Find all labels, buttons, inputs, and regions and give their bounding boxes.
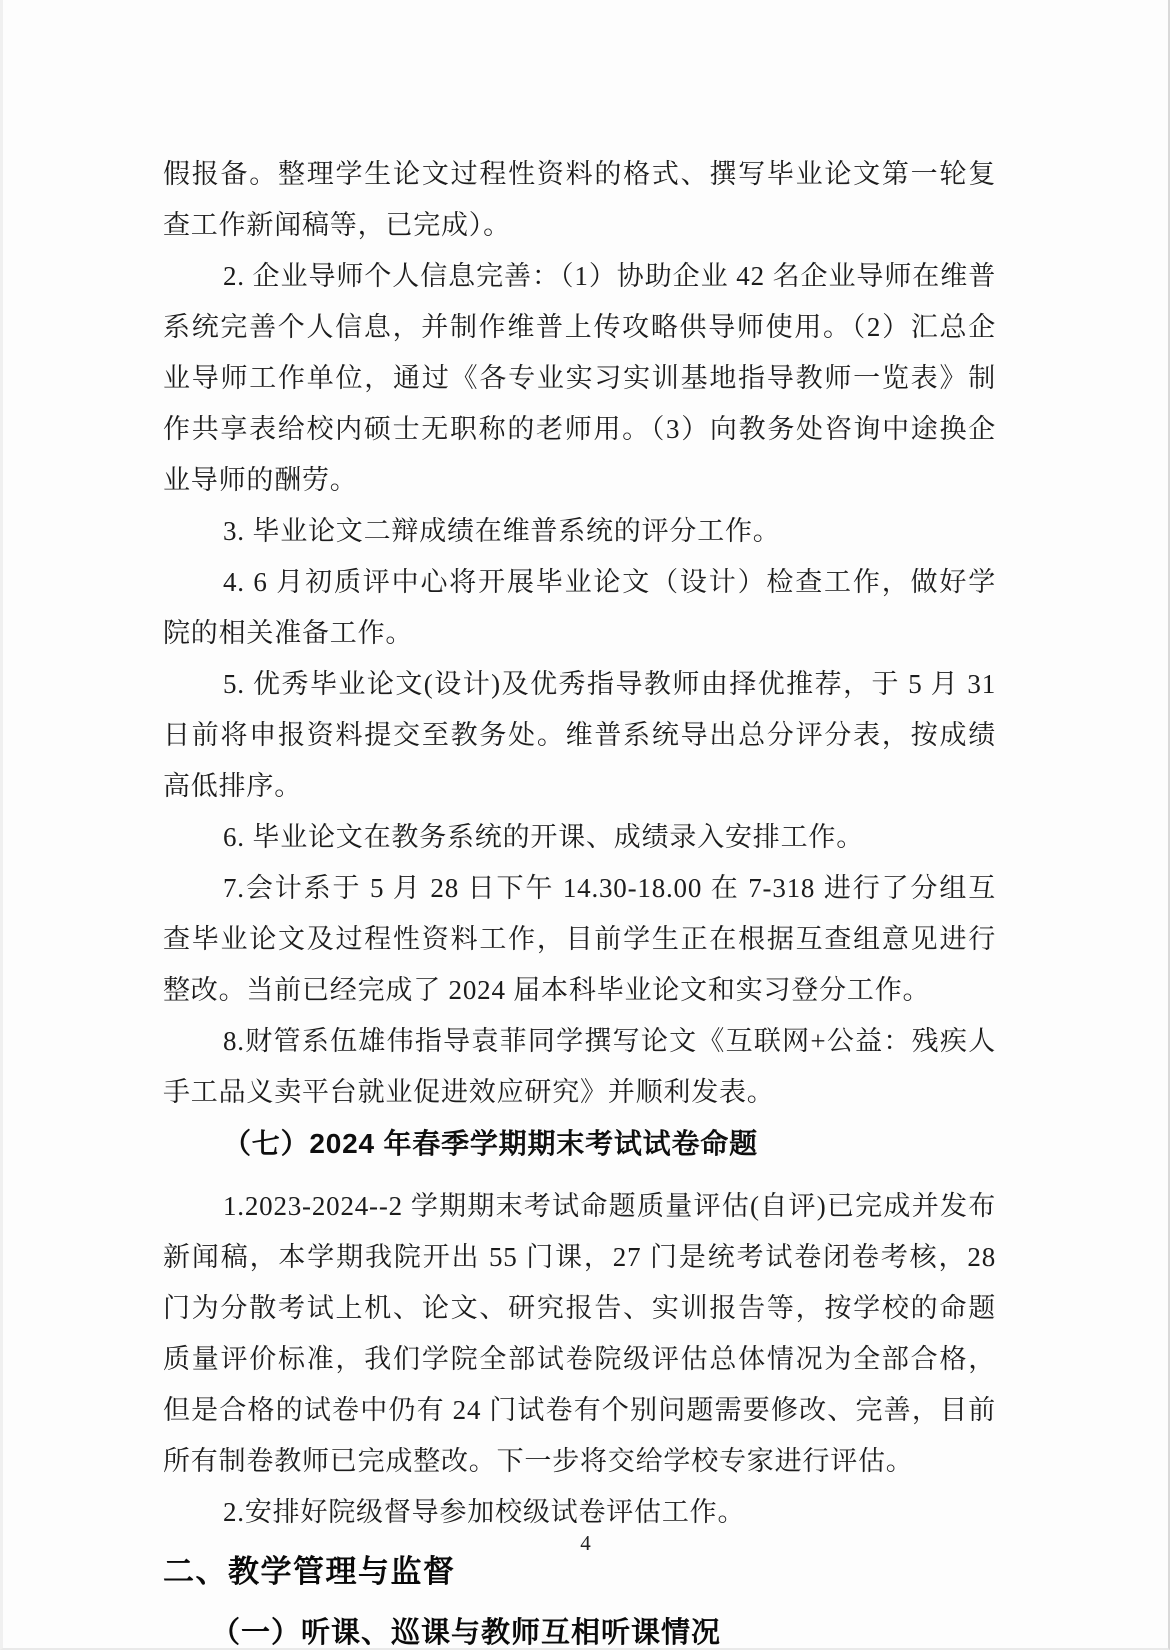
chapter-2-heading: 二、教学管理与监督 [163, 1550, 996, 1594]
paragraph-item-3: 3. 毕业论文二辩成绩在维普系统的评分工作。 [163, 506, 996, 557]
paragraph-item-4: 4. 6 月初质评中心将开展毕业论文（设计）检查工作，做好学院的相关准备工作。 [163, 557, 996, 659]
chapter-2-subsection-1-heading: （一）听课、巡课与教师互相听课情况 [163, 1612, 996, 1650]
document-page: 假报备。整理学生论文过程性资料的格式、撰写毕业论文第一轮复查工作新闻稿等，已完成… [0, 0, 1170, 1650]
paragraph-item-6: 6. 毕业论文在教务系统的开课、成绩录入安排工作。 [163, 812, 996, 863]
section-7-item-1: 1.2023-2024--2 学期期末考试命题质量评估(自评)已完成并发布新闻稿… [163, 1181, 996, 1487]
paragraph-continuation: 假报备。整理学生论文过程性资料的格式、撰写毕业论文第一轮复查工作新闻稿等，已完成… [163, 149, 996, 251]
document-content: 假报备。整理学生论文过程性资料的格式、撰写毕业论文第一轮复查工作新闻稿等，已完成… [163, 149, 996, 1650]
paragraph-item-5: 5. 优秀毕业论文(设计)及优秀指导教师由择优推荐，于 5 月 31 日前将申报… [163, 659, 996, 812]
paragraph-item-7: 7.会计系于 5 月 28 日下午 14.30-18.00 在 7-318 进行… [163, 863, 996, 1016]
paragraph-item-8: 8.财管系伍雄伟指导袁菲同学撰写论文《互联网+公益：残疾人手工品义卖平台就业促进… [163, 1016, 996, 1118]
page-number: 4 [3, 1530, 1168, 1556]
paragraph-item-2: 2. 企业导师个人信息完善：（1）协助企业 42 名企业导师在维普系统完善个人信… [163, 251, 996, 506]
section-7-heading: （七）2024 年春季学期期末考试试卷命题 [163, 1118, 996, 1169]
